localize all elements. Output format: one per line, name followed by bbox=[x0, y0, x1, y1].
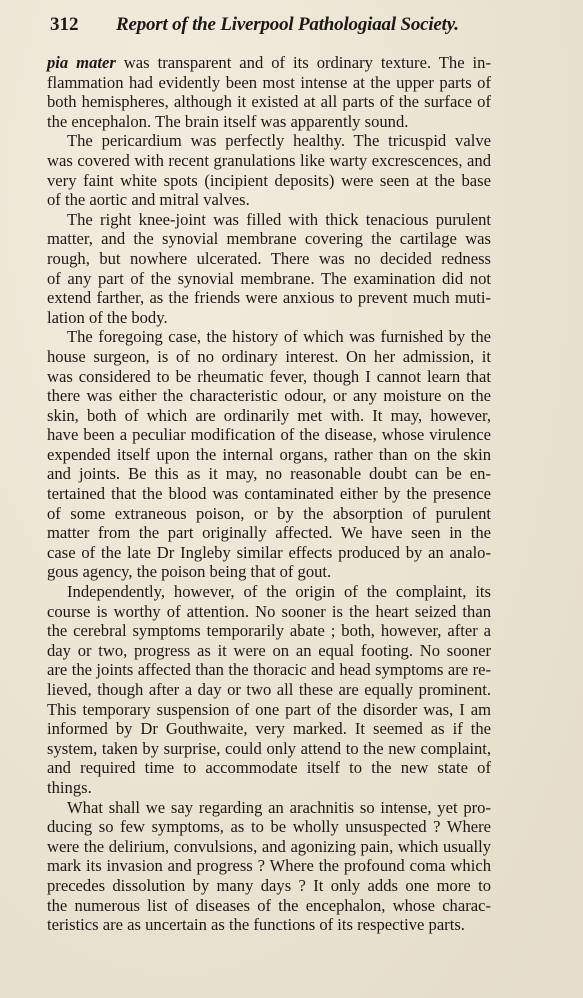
text-line: teristics are as uncertain as the functi… bbox=[47, 915, 491, 935]
text-line: things. bbox=[47, 778, 491, 798]
text-line: was covered with recent granulations lik… bbox=[47, 151, 491, 171]
text-line: informed by Dr Gouthwaite, very marked. … bbox=[47, 719, 491, 739]
text-line: house surgeon, is of no ordinary interes… bbox=[47, 347, 491, 367]
text-line: of some extraneous poison, or by the abs… bbox=[47, 504, 491, 524]
page-number: 312 bbox=[50, 14, 116, 36]
text-line: was considered to be rheumatic fever, th… bbox=[47, 367, 491, 387]
text-line: gous agency, the poison being that of go… bbox=[47, 562, 491, 582]
text-line: The foregoing case, the history of which… bbox=[47, 327, 491, 347]
text-line: lieved, though after a day or two all th… bbox=[47, 680, 491, 700]
text-line: the numerous list of diseases of the enc… bbox=[47, 896, 491, 916]
text-line: ducing so few symptoms, as to be wholly … bbox=[47, 817, 491, 837]
page-header: 312 Report of the Liverpool Pathologiaal… bbox=[50, 14, 490, 44]
text-line: were the delirium, convulsions, and agon… bbox=[47, 837, 491, 857]
text-line: This temporary suspension of one part of… bbox=[47, 700, 491, 720]
text-line: The right knee-joint was filled with thi… bbox=[47, 210, 491, 230]
text-line: flammation had evidently been most inten… bbox=[47, 73, 491, 93]
text-line: Independently, however, of the origin of… bbox=[47, 582, 491, 602]
text-line: matter from the part originally affected… bbox=[47, 523, 491, 543]
text-line: system, taken by surprise, could only at… bbox=[47, 739, 491, 759]
book-page: 312 Report of the Liverpool Pathologiaal… bbox=[0, 0, 583, 998]
running-title: Report of the Liverpool Pathologiaal Soc… bbox=[116, 14, 459, 36]
text-line: very faint white spots (incipient deposi… bbox=[47, 171, 491, 191]
text-line: both hemispheres, although it existed at… bbox=[47, 92, 491, 112]
text-line: What shall we say regarding an arachniti… bbox=[47, 798, 491, 818]
text-line: pia mater was transparent and of its ord… bbox=[47, 53, 491, 73]
body-text: pia mater was transparent and of its ord… bbox=[47, 53, 491, 935]
text-line: lation of the body. bbox=[47, 308, 491, 328]
text-line: mark its invasion and progress ? Where t… bbox=[47, 856, 491, 876]
text-line: skin, both of which are ordinarily met w… bbox=[47, 406, 491, 426]
text-line: of any part of the synovial membrane. Th… bbox=[47, 269, 491, 289]
italic-term: pia mater bbox=[47, 53, 116, 72]
text-line: course is worthy of attention. No sooner… bbox=[47, 602, 491, 622]
text-line: of the aortic and mitral valves. bbox=[47, 190, 491, 210]
text-line: the cerebral symptoms temporarily abate … bbox=[47, 621, 491, 641]
text-line: expended itself upon the internal organs… bbox=[47, 445, 491, 465]
text-line: The pericardium was perfectly healthy. T… bbox=[47, 131, 491, 151]
text-line: extend farther, as the friends were anxi… bbox=[47, 288, 491, 308]
text-line: day or two, progress as it were on an eq… bbox=[47, 641, 491, 661]
text-line: case of the late Dr Ingleby similar effe… bbox=[47, 543, 491, 563]
text-line: and required time to accommodate itself … bbox=[47, 758, 491, 778]
text-line: the encephalon. The brain itself was app… bbox=[47, 112, 491, 132]
text-line: and joints. Be this as it may, no reason… bbox=[47, 464, 491, 484]
text-line: matter, and the synovial membrane coveri… bbox=[47, 229, 491, 249]
text-line: are the joints affected than the thoraci… bbox=[47, 660, 491, 680]
text-line: have been a peculiar modification of the… bbox=[47, 425, 491, 445]
text-line: there was either the characteristic odou… bbox=[47, 386, 491, 406]
text-line: precedes dissolution by many days ? It o… bbox=[47, 876, 491, 896]
text-line: tertained that the blood was contaminate… bbox=[47, 484, 491, 504]
text-line: rough, but nowhere ulcerated. There was … bbox=[47, 249, 491, 269]
